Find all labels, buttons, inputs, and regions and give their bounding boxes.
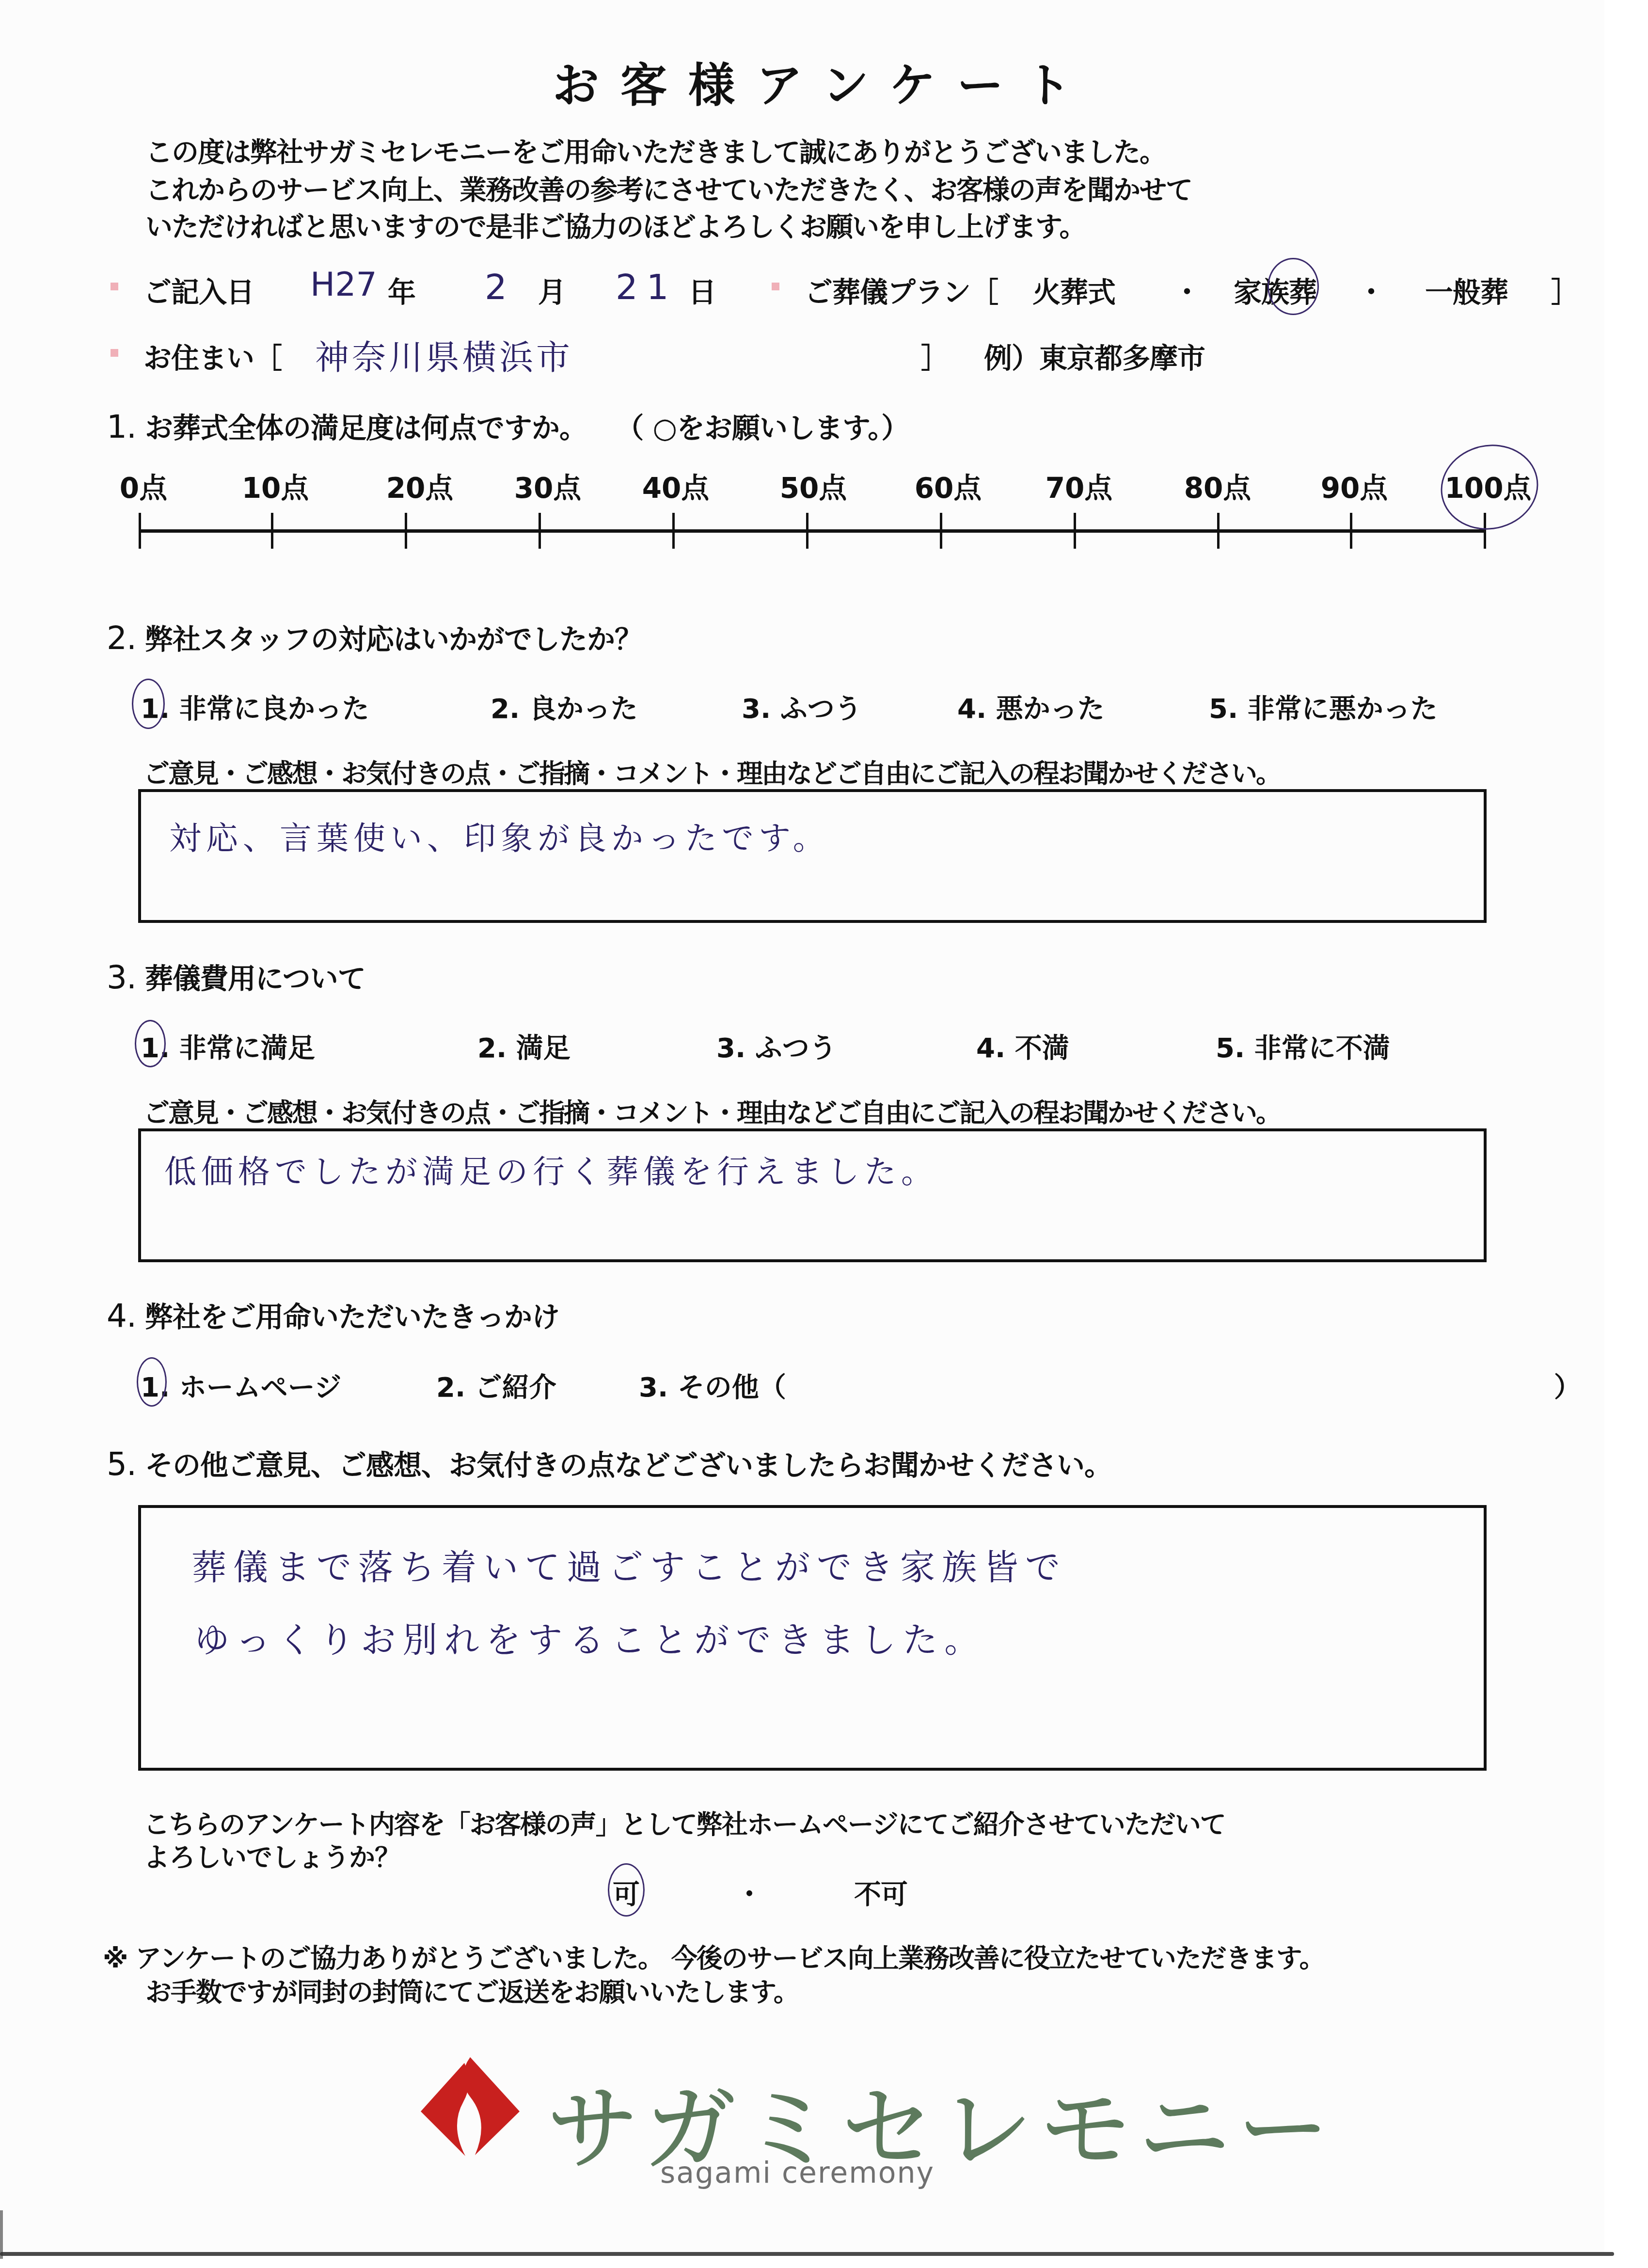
scale-label-30[interactable]: 30点 — [514, 465, 582, 506]
q3-text: 葬儀費用について — [145, 962, 365, 995]
q1-note: （ ○をお願いします。） — [616, 412, 909, 444]
day-unit: 日 — [688, 270, 716, 310]
consent-question-line-1: こちらのアンケート内容を「お客様の声」として弊社ホームページにてご紹介させていた… — [143, 1804, 1225, 1841]
scale-tick[interactable] — [271, 513, 273, 549]
q3-option-4[interactable]: 4. 不満 — [976, 1027, 1069, 1065]
q1-text: お葬式全体の満足度は何点ですか。 — [145, 412, 587, 444]
scale-label-50[interactable]: 50点 — [780, 465, 847, 506]
q5-comment-box[interactable]: 葬儀まで落ち着いて過ごすことができ家族皆で ゆっくりお別れをすることができました… — [138, 1505, 1487, 1771]
month-unit: 月 — [538, 270, 566, 310]
q1-number: 1. — [107, 408, 136, 445]
intro-line-2: これからのサービス向上、業務改善の参考にさせていただきたく、お客様の声を聞かせて — [145, 169, 1192, 207]
q4-heading: 4.弊社をご用命いただいたきっかけ — [107, 1294, 559, 1335]
scale-tick[interactable] — [1484, 513, 1486, 549]
q2-option-5[interactable]: 5. 非常に悪かった — [1209, 687, 1438, 726]
date-year-field[interactable]: H27 — [310, 266, 377, 304]
q3-comment-prompt: ご意見・ご感想・お気付きの点・ご指摘・コメント・理由などご自由にご記入の程お聞か… — [143, 1093, 1281, 1130]
q3-number: 3. — [107, 959, 136, 996]
q4-text: 弊社をご用命いただいたきっかけ — [145, 1301, 559, 1333]
intro-line-3: いただければと思いますので是非ご協力のほどよろしくお願いを申し上げます。 — [145, 206, 1086, 244]
q2-option-4[interactable]: 4. 悪かった — [957, 687, 1105, 726]
address-close-bracket: ］ — [921, 335, 949, 376]
q4-option-2[interactable]: 2. ご紹介 — [436, 1366, 556, 1405]
q2-comment-box[interactable]: 対応、言葉使い、印象が良かったです。 — [138, 789, 1487, 923]
date-month-field[interactable]: 2 — [485, 267, 507, 307]
plan-option-cremation[interactable]: 火葬式 — [1032, 270, 1115, 310]
scale-tick[interactable] — [672, 513, 675, 549]
q2-text: 弊社スタッフの対応はいかがでしたか？ — [145, 623, 642, 656]
scale-label-20[interactable]: 20点 — [386, 465, 454, 506]
q5-text: その他ご意見、ご感想、お気付きの点などございましたらお聞かせください。 — [145, 1449, 1112, 1482]
q2-comment-prompt: ご意見・ご感想・お気付きの点・ご指摘・コメント・理由などご自由にご記入の程お聞か… — [143, 753, 1281, 791]
plan-option-general[interactable]: 一般葬 — [1425, 270, 1508, 310]
scale-tick[interactable] — [1217, 513, 1220, 549]
bullet-icon — [111, 283, 118, 290]
q3-comment-box[interactable]: 低価格でしたが満足の行く葬儀を行えました。 — [138, 1128, 1487, 1262]
scale-tick[interactable] — [539, 513, 541, 549]
q4-option-1[interactable]: 1. ホームページ — [141, 1366, 342, 1405]
scale-tick[interactable] — [940, 513, 942, 549]
address-example: 例）東京都多摩市 — [984, 335, 1205, 376]
q2-number: 2. — [107, 619, 136, 657]
scale-label-40[interactable]: 40点 — [642, 465, 710, 506]
q3-option-3[interactable]: 3. ふつう — [716, 1027, 837, 1065]
footer-note-line-2: お手数ですが同封の封筒にてご返送をお願いいたします。 — [145, 1972, 799, 2009]
q5-comment-line-1: 葬儀まで落ち着いて過ごすことができ家族皆で — [191, 1539, 1067, 1589]
satisfaction-scale-line — [140, 529, 1486, 533]
date-day-field[interactable]: 21 — [616, 267, 678, 307]
q5-heading: 5.その他ご意見、ご感想、お気付きの点などございましたらお聞かせください。 — [107, 1443, 1112, 1483]
consent-question-line-2: よろしいでしょうか？ — [143, 1837, 400, 1874]
intro-line-1: この度は弊社サガミセレモニーをご用命いただきまして誠にありがとうございました。 — [145, 131, 1166, 170]
plan-option-family[interactable]: 家族葬 — [1234, 270, 1316, 310]
q4-option-3[interactable]: 3. その他（ — [639, 1366, 786, 1405]
q2-heading: 2.弊社スタッフの対応はいかがでしたか？ — [107, 617, 642, 657]
address-field[interactable]: 神奈川県横浜市 — [315, 331, 573, 380]
scale-label-90[interactable]: 90点 — [1321, 465, 1388, 506]
q4-other-close: ） — [1554, 1366, 1581, 1405]
page-title: お客様アンケート — [553, 48, 1093, 115]
logo-name-en: sagami ceremony — [660, 2156, 935, 2190]
q2-comment-text: 対応、言葉使い、印象が良かったです。 — [169, 812, 830, 858]
plan-close-bracket: ］ — [1551, 270, 1579, 310]
sagami-logo-mark-icon — [417, 2053, 523, 2160]
scale-tick[interactable] — [806, 513, 808, 549]
consent-option-yes[interactable]: 可 — [613, 1873, 639, 1912]
year-unit: 年 — [388, 270, 415, 310]
scale-label-70[interactable]: 70点 — [1046, 465, 1113, 506]
scale-label-80[interactable]: 80点 — [1184, 465, 1252, 506]
scale-tick[interactable] — [1350, 513, 1352, 549]
consent-separator: ・ — [736, 1873, 762, 1912]
q2-option-2[interactable]: 2. 良かった — [491, 687, 638, 726]
date-label: ご記入日 — [143, 270, 254, 310]
q5-comment-line-2: ゆっくりお別れをすることができました。 — [194, 1612, 986, 1662]
q2-option-1[interactable]: 1. 非常に良かった — [141, 687, 369, 726]
q3-option-2[interactable]: 2. 満足 — [477, 1027, 570, 1065]
scale-label-0[interactable]: 0点 — [120, 465, 167, 506]
address-label: お住まい［ — [143, 335, 282, 376]
plan-separator: ・ — [1173, 270, 1201, 310]
q4-number: 4. — [107, 1297, 136, 1334]
scan-edge — [0, 2252, 1614, 2256]
scale-label-10[interactable]: 10点 — [242, 465, 309, 506]
q2-option-3[interactable]: 3. ふつう — [742, 687, 862, 726]
consent-option-no[interactable]: 不可 — [854, 1873, 907, 1912]
plan-separator: ・ — [1357, 270, 1385, 310]
scale-tick[interactable] — [1074, 513, 1076, 549]
q3-heading: 3.葬儀費用について — [107, 956, 365, 997]
bullet-icon — [772, 283, 779, 290]
bullet-icon — [111, 349, 118, 357]
q1-heading: 1.お葬式全体の満足度は何点ですか。 （ ○をお願いします。） — [107, 405, 909, 446]
q3-comment-text: 低価格でしたが満足の行く葬儀を行えました。 — [164, 1146, 938, 1192]
scale-label-60[interactable]: 60点 — [915, 465, 982, 506]
plan-label: ご葬儀プラン［ — [805, 270, 998, 310]
q3-option-5[interactable]: 5. 非常に不満 — [1216, 1027, 1390, 1065]
q5-number: 5. — [107, 1445, 136, 1483]
scan-edge-left — [0, 2210, 3, 2259]
scale-label-100[interactable]: 100点 — [1444, 465, 1531, 506]
footer-note-line-1: ※ アンケートのご協力ありがとうございました。 今後のサービス向上業務改善に役立… — [103, 1938, 1325, 1975]
q3-option-1[interactable]: 1. 非常に満足 — [141, 1027, 315, 1065]
scale-tick[interactable] — [405, 513, 407, 549]
scale-tick[interactable] — [139, 513, 141, 549]
